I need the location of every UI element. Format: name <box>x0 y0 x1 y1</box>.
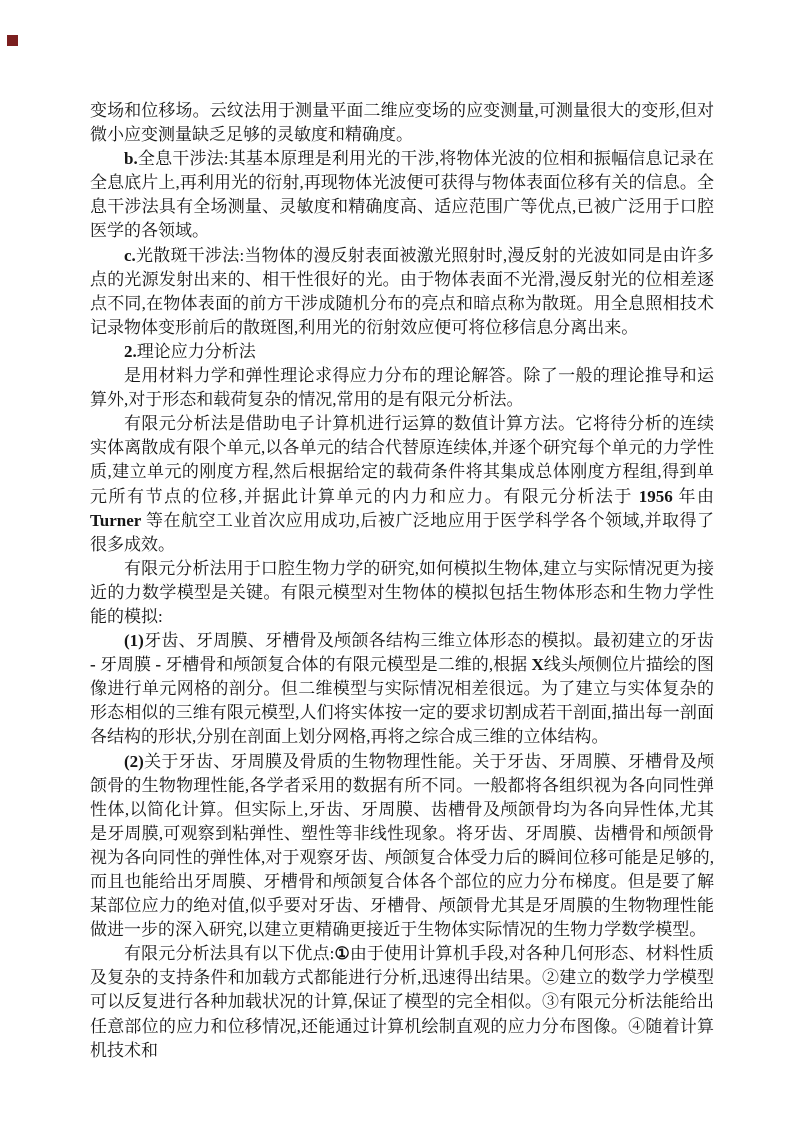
text-run: 是用材料力学和弹性理论求得应力分布的理论解答。除了一般的理论推导和运算外,对于形… <box>90 366 714 409</box>
bold-text-run: ① <box>334 944 350 963</box>
paragraph-9: (2)关于牙齿、牙周膜及骨质的生物物理性能。关于牙齿、牙周膜、牙槽骨及颅颌骨的生… <box>90 750 714 943</box>
paragraph-10: 有限元分析法具有以下优点:①由于使用计算机手段,对各种几何形态、材料性质及复杂的… <box>90 942 714 1062</box>
text-run: 年由 <box>673 487 714 506</box>
bold-text-run: (1) <box>124 631 144 650</box>
text-run: 牙槽骨和颅颌复合体的有限元模型是二维的,根据 <box>161 655 531 674</box>
paragraph-6: 有限元分析法是借助电子计算机进行运算的数值计算方法。它将待分析的连续实体离散成有… <box>90 412 714 557</box>
text-run: 全息干涉法:其基本原理是利用光的干涉,将物体光波的位相和振幅信息记录在全息底片上… <box>90 149 714 240</box>
paragraph-8: (1)牙齿、牙周膜、牙槽骨及颅颌各结构三维立体形态的模拟。最初建立的牙齿 - 牙… <box>90 629 714 749</box>
paragraph-2: b.全息干涉法:其基本原理是利用光的干涉,将物体光波的位相和振幅信息记录在全息底… <box>90 147 714 243</box>
paragraph-4: 2.理论应力分析法 <box>90 340 714 364</box>
paragraph-3: c.光散斑干涉法:当物体的漫反射表面被激光照射时,漫反射的光波如同是由许多点的光… <box>90 244 714 340</box>
text-run: 牙齿、牙周膜、牙槽骨及颅颌各结构三维立体形态的模拟。最初建立的牙齿 <box>144 631 714 650</box>
bold-text-run: Turner <box>90 511 141 530</box>
text-run: 关于牙齿、牙周膜及骨质的生物物理性能。关于牙齿、牙周膜、牙槽骨及颅颌骨的生物物理… <box>90 752 714 940</box>
text-run: 有限元分析法具有以下优点: <box>124 944 334 963</box>
bold-text-run: 1956 <box>639 487 673 506</box>
paragraph-5: 是用材料力学和弹性理论求得应力分布的理论解答。除了一般的理论推导和运算外,对于形… <box>90 364 714 412</box>
text-run: 等在航空工业首次应用成功,后被广泛地应用于医学科学各个领域,并取得了很多成效。 <box>90 511 714 554</box>
bold-text-run: (2) <box>124 752 144 771</box>
red-square-marker <box>7 35 18 46</box>
document-page: 变场和位移场。云纹法用于测量平面二维应变场的应变测量,可测量很大的变形,但对微小… <box>90 99 714 1063</box>
paragraph-7: 有限元分析法用于口腔生物力学的研究,如何模拟生物体,建立与实际情况更为接近的力数… <box>90 557 714 629</box>
text-run: 光散斑干涉法:当物体的漫反射表面被激光照射时,漫反射的光波如同是由许多点的光源发… <box>90 246 714 337</box>
text-run: 变场和位移场。云纹法用于测量平面二维应变场的应变测量,可测量很大的变形,但对微小… <box>90 101 714 144</box>
text-block: 变场和位移场。云纹法用于测量平面二维应变场的应变测量,可测量很大的变形,但对微小… <box>90 99 714 1063</box>
bold-text-run: 2. <box>124 342 137 361</box>
bold-text-run: c. <box>124 246 136 265</box>
text-run: 牙周膜 <box>96 655 156 674</box>
text-run: 理论应力分析法 <box>137 342 256 361</box>
paragraph-1: 变场和位移场。云纹法用于测量平面二维应变场的应变测量,可测量很大的变形,但对微小… <box>90 99 714 147</box>
text-run: 有限元分析法是借助电子计算机进行运算的数值计算方法。它将待分析的连续实体离散成有… <box>90 414 714 505</box>
text-run: 有限元分析法用于口腔生物力学的研究,如何模拟生物体,建立与实际情况更为接近的力数… <box>90 559 714 626</box>
bold-text-run: X <box>531 655 543 674</box>
bold-text-run: b. <box>124 149 138 168</box>
